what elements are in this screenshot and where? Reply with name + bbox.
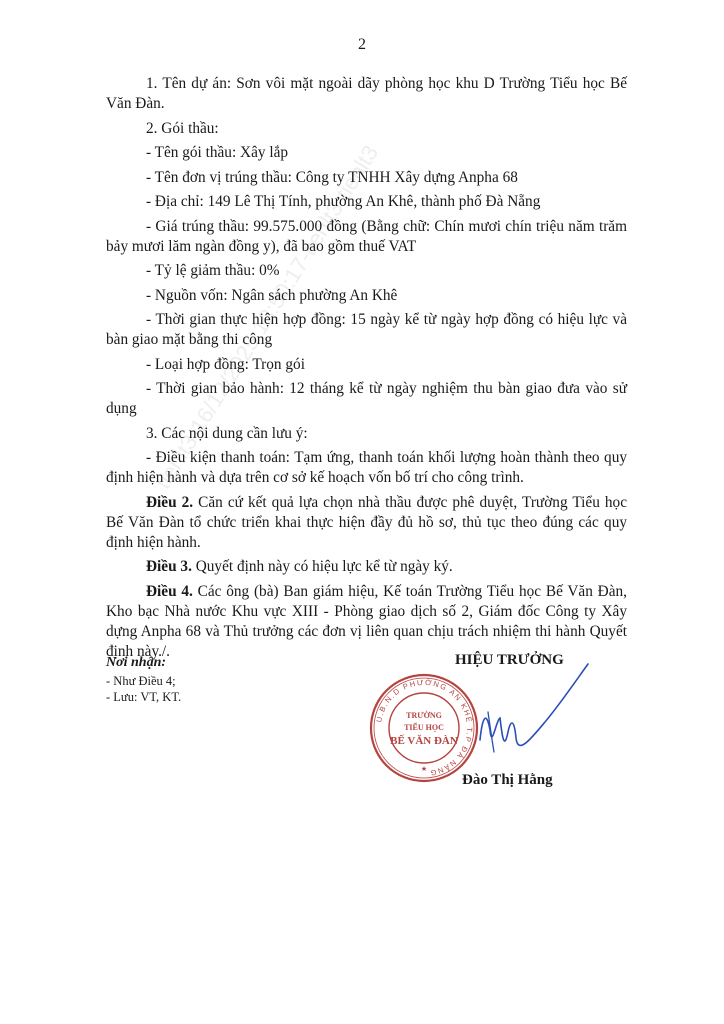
payment-terms: - Điều kiện thanh toán: Tạm ứng, thanh t… [106, 448, 627, 488]
document-body: 1. Tên dự án: Sơn vôi mặt ngoài dãy phòn… [106, 74, 627, 666]
article-3: Điều 3. Quyết định này có hiệu lực kể từ… [106, 557, 627, 577]
article-4-label: Điều 4. [146, 583, 193, 600]
recipients-title: Nơi nhận: [106, 655, 181, 671]
package-heading: 2. Gói thầu: [106, 119, 627, 139]
project-name: 1. Tên dự án: Sơn vôi mặt ngoài dãy phòn… [106, 74, 627, 114]
handwritten-signature-icon [470, 660, 590, 770]
svg-text:★: ★ [421, 765, 427, 773]
warranty-period: - Thời gian bảo hành: 12 tháng kể từ ngà… [106, 379, 627, 419]
recipient-item: - Như Điều 4; [106, 673, 181, 689]
svg-text:TIỂU HỌC: TIỂU HỌC [404, 722, 444, 732]
article-3-label: Điều 3. [146, 558, 192, 575]
article-3-text: Quyết định này có hiệu lực kể từ ngày ký… [192, 558, 453, 575]
signer-name: Đào Thị Hằng [462, 772, 553, 789]
contract-duration: - Thời gian thực hiện hợp đồng: 15 ngày … [106, 310, 627, 350]
winning-price: - Giá trúng thầu: 99.575.000 đồng (Bằng … [106, 217, 627, 257]
article-2: Điều 2. Căn cứ kết quả lựa chọn nhà thầu… [106, 493, 627, 553]
svg-text:BẾ VĂN ĐÀN: BẾ VĂN ĐÀN [390, 734, 458, 747]
official-stamp-icon: U.B.N.D PHƯỜNG AN KHÊ T.P ĐÀ NẴNG TRƯỜNG… [368, 672, 480, 784]
notes-heading: 3. Các nội dung cần lưu ý: [106, 424, 627, 444]
svg-text:TRƯỜNG: TRƯỜNG [406, 710, 442, 720]
funding-source: - Nguồn vốn: Ngân sách phường An Khê [106, 286, 627, 306]
contractor-address: - Địa chỉ: 149 Lê Thị Tính, phường An Kh… [106, 192, 627, 212]
contract-type: - Loại hợp đồng: Trọn gói [106, 355, 627, 375]
discount-rate: - Tỷ lệ giảm thầu: 0% [106, 261, 627, 281]
article-4: Điều 4. Các ông (bà) Ban giám hiệu, Kế t… [106, 582, 627, 662]
article-2-label: Điều 2. [146, 494, 193, 511]
package-name: - Tên gói thầu: Xây lắp [106, 143, 627, 163]
page-number: 2 [0, 36, 724, 54]
recipients-block: Nơi nhận: - Như Điều 4; - Lưu: VT, KT. [106, 655, 181, 705]
recipient-item: - Lưu: VT, KT. [106, 689, 181, 705]
winning-contractor: - Tên đơn vị trúng thầu: Công ty TNHH Xâ… [106, 168, 627, 188]
